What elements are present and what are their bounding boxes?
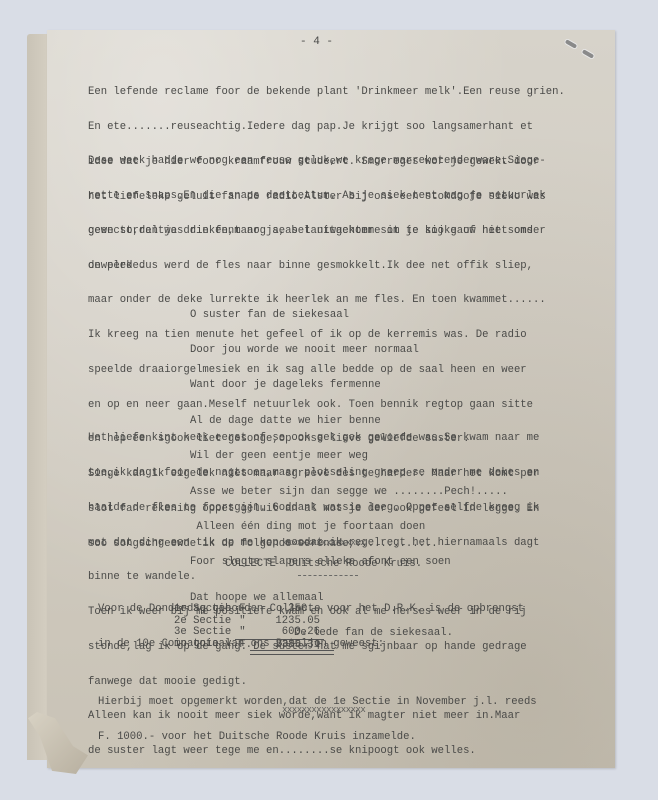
- text-line: Dese week hadde we nog een reuse geluk,w…: [88, 156, 618, 168]
- collecte-heading: COLLECTE Duitsche Roode Kruis.: [225, 558, 422, 570]
- separator: xxxxxxxxxxxxxxxxx: [282, 705, 365, 715]
- text-line: de plek dus werd de fles naar binne gesm…: [88, 261, 618, 273]
- table-row: 1e Sectie F. 350.-: [170, 604, 324, 616]
- total-label: in totaal: [170, 639, 235, 651]
- poem-line: O suster fan de siekesaal: [190, 310, 508, 322]
- collecte-table: 1e Sectie F. 350.- 2e Sectie " 1235.05 3…: [170, 604, 324, 651]
- text-line: F. 1000.- voor het Duitsche Roode Kruis …: [98, 732, 628, 744]
- row-currency: ": [235, 627, 256, 639]
- heading-underline: [298, 575, 358, 576]
- row-amount: 600.26: [256, 627, 324, 639]
- separator: xxxxxxxxxxxxxxxxx: [282, 538, 365, 548]
- row-amount: 350.-: [256, 604, 324, 616]
- row-label: 3e Sectie: [170, 627, 235, 639]
- row-currency: F.: [235, 604, 256, 616]
- table-row: 3e Sectie " 600.26: [170, 627, 324, 639]
- text-line: En ete.......reuseachtig.Iedere dag pap.…: [88, 122, 618, 134]
- poem-line: Want door je dageleks fermenne: [190, 380, 508, 392]
- text-line: rette en snaps.En die snaps deettettum. …: [88, 191, 618, 203]
- text-line: Een lefende reclame foor de bekende plan…: [88, 87, 618, 99]
- poem-line: Door jou worde we nooit meer normaal: [190, 345, 508, 357]
- text-line: geen torreltje drinken,maar ja,as lantwa…: [88, 226, 618, 238]
- total-double-underline: [250, 650, 334, 655]
- text-line: toe,ik dagt foor de nagtsoen,maar plotse…: [88, 468, 618, 480]
- text-line: haalde de fles te foorsgijn. Goddank was…: [88, 503, 618, 515]
- row-label: 1e Sectie: [170, 604, 235, 616]
- text-line: Het liefe kint keek eerst of se ook gek …: [88, 433, 618, 445]
- page-number: - 4 -: [300, 36, 333, 48]
